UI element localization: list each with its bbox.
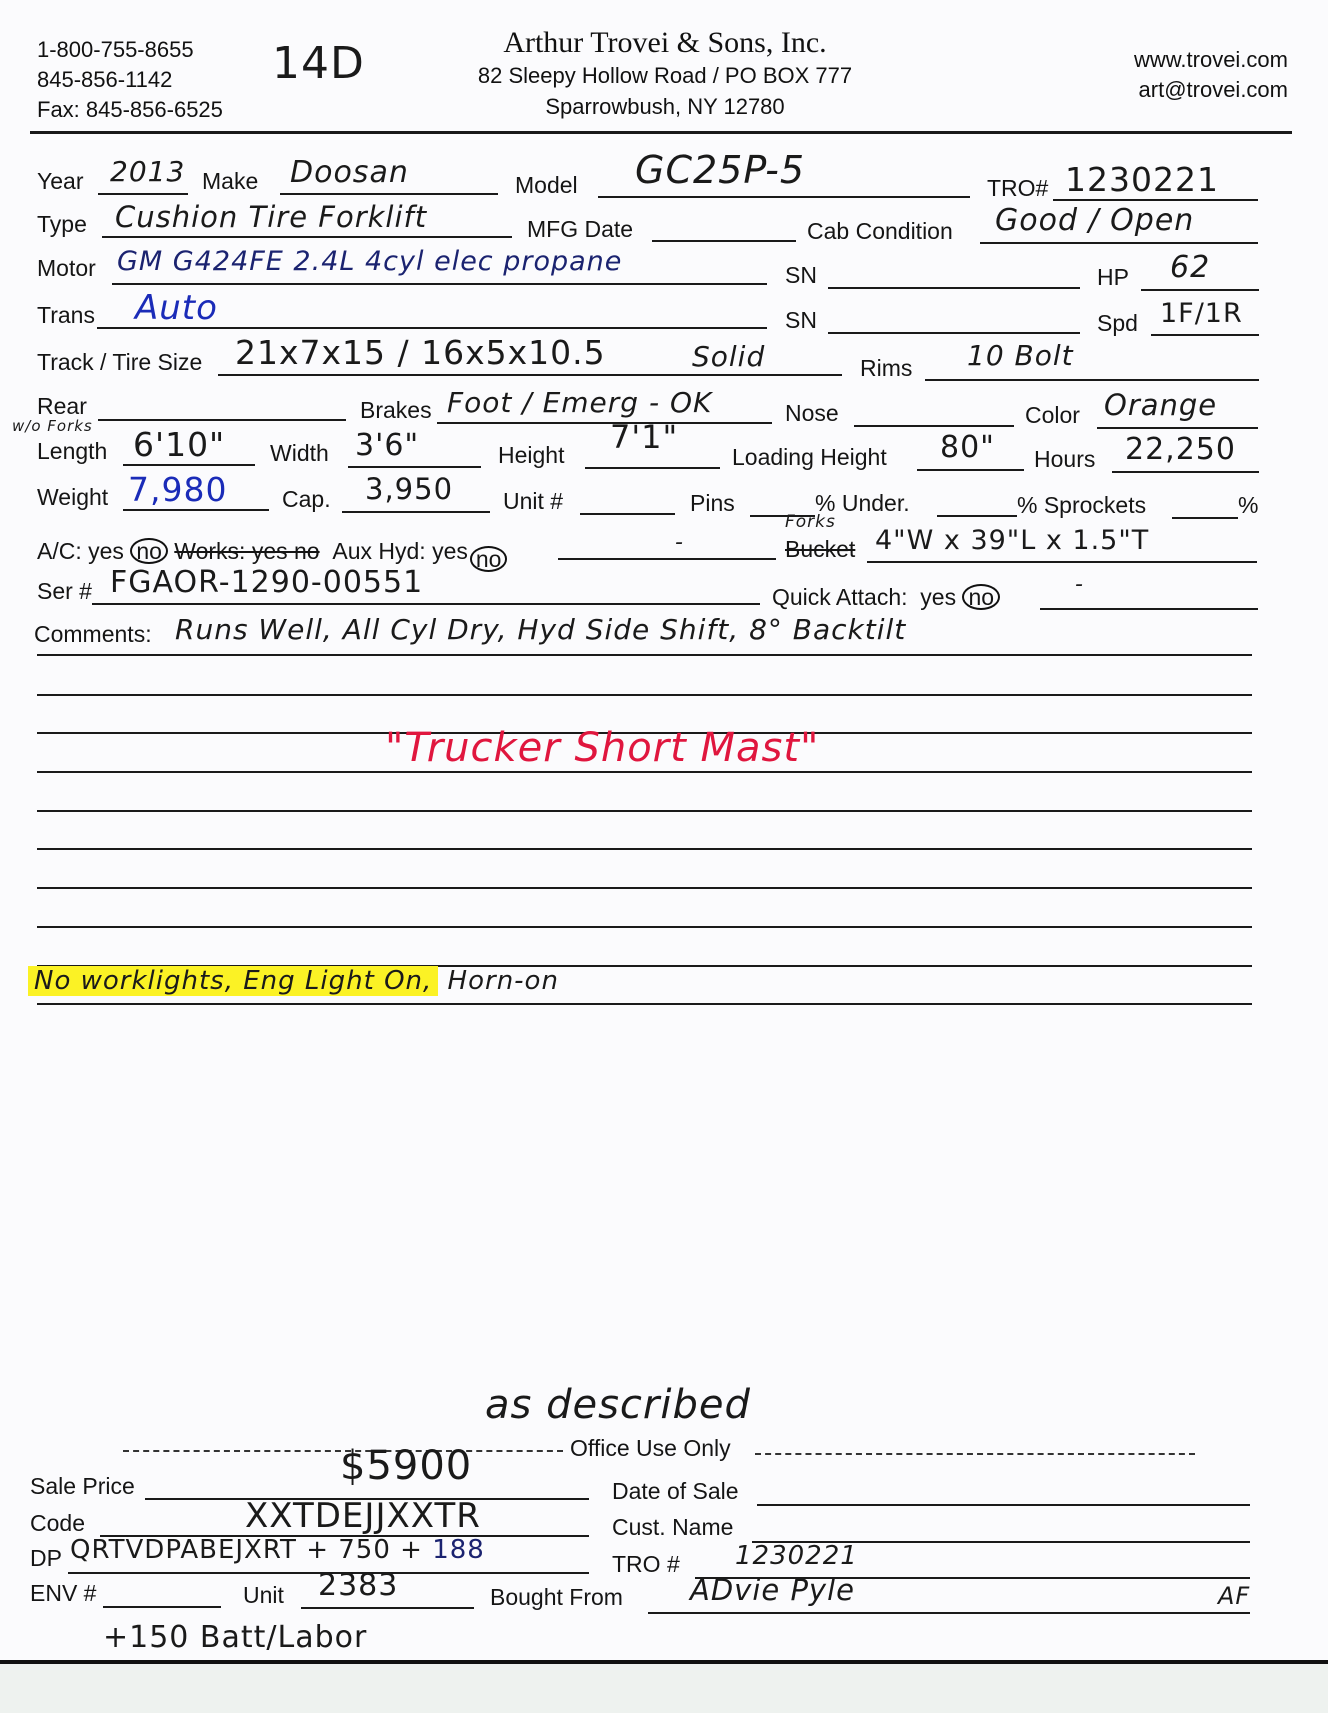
- field-trans[interactable]: Auto: [135, 288, 218, 328]
- env-line: [103, 1606, 221, 1608]
- rims-line: [925, 379, 1259, 381]
- email-link[interactable]: art@trovei.com: [1000, 75, 1288, 105]
- office-title: Office Use Only: [570, 1435, 731, 1462]
- unit-line: [580, 513, 675, 515]
- field-code[interactable]: XXTDEJJXXTR: [245, 1496, 481, 1536]
- weight-line: [123, 509, 269, 511]
- label-cap: Cap.: [282, 486, 331, 513]
- spd-line: [1151, 334, 1259, 336]
- field-quick-attach[interactable]: -: [1075, 572, 1084, 597]
- comment-tail-text: Horn-on: [448, 966, 559, 996]
- label-tro: TRO#: [987, 175, 1048, 202]
- label-comments: Comments:: [34, 621, 152, 648]
- field-hours[interactable]: 22,250: [1125, 432, 1236, 467]
- comment-rule-5: [37, 810, 1252, 812]
- motor-line: [112, 283, 767, 285]
- label-ac: A/C:: [37, 538, 82, 564]
- field-spd[interactable]: 1F/1R: [1160, 298, 1243, 329]
- label-office-tro: TRO #: [612, 1551, 680, 1578]
- label-dp: DP: [30, 1545, 62, 1572]
- address-line1: 82 Sleepy Hollow Road / PO BOX 777: [420, 60, 910, 91]
- model-line: [598, 196, 970, 198]
- label-mfg-date: MFG Date: [527, 216, 633, 243]
- label-type: Type: [37, 211, 87, 238]
- field-cab-condition[interactable]: Good / Open: [995, 203, 1194, 238]
- field-tro[interactable]: 1230221: [1065, 160, 1219, 199]
- field-weight[interactable]: 7,980: [128, 470, 227, 509]
- label-pins: Pins: [690, 490, 735, 517]
- cap-line: [342, 511, 490, 513]
- label-hp: HP: [1097, 264, 1129, 291]
- field-rims[interactable]: 10 Bolt: [967, 339, 1074, 372]
- under-line: [937, 515, 1017, 517]
- comment-rule-4: [37, 771, 1252, 773]
- comment-rule-2: [37, 694, 1252, 696]
- bucket-line: [867, 561, 1257, 563]
- field-height[interactable]: 7'1": [610, 418, 678, 456]
- brakes-line: [437, 422, 772, 424]
- phone-local: 845-856-1142: [37, 65, 223, 95]
- label-height: Height: [498, 442, 564, 469]
- cab-condition-line: [980, 242, 1258, 244]
- quick-attach-yes-option[interactable]: yes: [920, 584, 956, 610]
- length-line: [123, 464, 255, 466]
- label-cab-condition: Cab Condition: [807, 218, 953, 245]
- company-block: Arthur Trovei & Sons, Inc. 82 Sleepy Hol…: [420, 26, 910, 122]
- field-brakes[interactable]: Foot / Emerg - OK: [447, 386, 712, 419]
- office-unit-line: [301, 1607, 474, 1609]
- office-note: as described: [485, 1382, 751, 1428]
- quick-attach-no-option-selected[interactable]: no: [962, 584, 1000, 610]
- width-line: [348, 466, 481, 468]
- label-length: Length: [37, 438, 107, 465]
- comment-line-highlight[interactable]: No worklights, Eng Light On, Horn-on: [28, 966, 559, 996]
- aux-hyd-no-option-selected[interactable]: no: [470, 546, 508, 572]
- comment-line-1[interactable]: Runs Well, All Cyl Dry, Hyd Side Shift, …: [175, 613, 906, 646]
- label-year: Year: [37, 168, 83, 195]
- label-nose: Nose: [785, 400, 839, 427]
- field-width[interactable]: 3'6": [355, 428, 419, 463]
- quick-attach-group: Quick Attach: yes no: [772, 584, 1000, 611]
- bought-from-line: [648, 1612, 1250, 1614]
- label-width: Width: [270, 440, 329, 467]
- comment-rule-10: [37, 1003, 1252, 1005]
- label-loading-height: Loading Height: [732, 444, 887, 471]
- footer-note: +150 Batt/Labor: [103, 1620, 367, 1655]
- label-rear: Rear: [37, 393, 87, 420]
- label-spd: Spd: [1097, 310, 1138, 337]
- highlighted-text: No worklights, Eng Light On,: [28, 966, 438, 996]
- loading-height-line: [917, 469, 1024, 471]
- comment-rule-8: [37, 926, 1252, 928]
- fax: Fax: 845-856-6525: [37, 95, 223, 125]
- label-office-unit: Unit: [243, 1582, 284, 1609]
- field-motor[interactable]: GM G424FE 2.4L 4cyl elec propane: [117, 246, 622, 277]
- color-line: [1097, 427, 1258, 429]
- field-aux-hyd[interactable]: -: [675, 530, 684, 555]
- label-cust-name: Cust. Name: [612, 1514, 733, 1541]
- year-line: [98, 193, 188, 195]
- field-make[interactable]: Doosan: [290, 155, 409, 190]
- header-contact: 1-800-755-8655 845-856-1142 Fax: 845-856…: [37, 35, 223, 125]
- field-bucket[interactable]: 4"W x 39"L x 1.5"T: [875, 525, 1149, 556]
- field-dp[interactable]: QRTVDPABEJXRT + 750 + 188: [70, 1535, 485, 1565]
- field-office-unit[interactable]: 2383: [318, 1568, 398, 1603]
- label-quick-attach: Quick Attach:: [772, 584, 908, 610]
- field-ser[interactable]: FGAOR-1290-00551: [110, 565, 423, 600]
- label-works-struck: Works: yes no: [174, 538, 319, 564]
- company-name: Arthur Trovei & Sons, Inc.: [420, 26, 910, 60]
- label-rims: Rims: [860, 355, 912, 382]
- label-env: ENV #: [30, 1580, 96, 1607]
- handwritten-code: 14D: [272, 38, 365, 89]
- tire-size-line: [218, 374, 842, 376]
- trans-sn-line: [828, 332, 1080, 334]
- header-divider: [30, 131, 1292, 134]
- motor-sn-line: [828, 287, 1080, 289]
- initials: AF: [1218, 1582, 1250, 1610]
- field-sale-price[interactable]: $5900: [340, 1443, 472, 1489]
- hours-line: [1112, 471, 1259, 473]
- field-color[interactable]: Orange: [1104, 388, 1217, 422]
- label-brakes: Brakes: [360, 397, 432, 424]
- sprockets-line: [1172, 517, 1238, 519]
- field-tire-note[interactable]: Solid: [692, 340, 765, 373]
- bucket-replacement-note: Forks: [785, 512, 836, 532]
- website-link[interactable]: www.trovei.com: [1000, 45, 1288, 75]
- height-line: [585, 467, 720, 469]
- label-unit: Unit #: [503, 488, 563, 515]
- comment-rule-6: [37, 848, 1252, 850]
- field-model[interactable]: GC25P-5: [635, 148, 805, 192]
- web-contact: www.trovei.com art@trovei.com: [1000, 45, 1288, 105]
- label-hours: Hours: [1034, 446, 1095, 473]
- rear-line: [98, 419, 346, 421]
- label-sprockets-pct: %: [1238, 492, 1258, 519]
- date-of-sale-line: [757, 1504, 1250, 1506]
- label-motor-sn: SN: [785, 262, 817, 289]
- label-ser: Ser #: [37, 578, 92, 605]
- label-trans-sn: SN: [785, 307, 817, 334]
- field-hp[interactable]: 62: [1170, 250, 1210, 285]
- label-model: Model: [515, 172, 578, 199]
- comment-rule-1: [37, 654, 1252, 656]
- field-bought-from[interactable]: ADvie Pyle: [690, 1573, 855, 1607]
- ac-yes-option[interactable]: yes: [88, 538, 124, 564]
- dp-code: QRTVDPABEJXRT + 750 +: [70, 1535, 423, 1565]
- ac-group: A/C: yes no Works: yes no Aux Hyd: yesno: [37, 532, 507, 565]
- field-office-tro[interactable]: 1230221: [735, 1541, 858, 1571]
- quick-attach-line: [1040, 608, 1258, 610]
- office-divider-right: [755, 1453, 1195, 1455]
- label-sale-price: Sale Price: [30, 1473, 135, 1500]
- comment-red-note[interactable]: "Trucker Short Mast": [385, 725, 819, 771]
- label-trans: Trans: [37, 302, 95, 329]
- make-line: [280, 193, 498, 195]
- comment-rule-7: [37, 887, 1252, 889]
- aux-hyd-yes-option[interactable]: yes: [432, 538, 468, 564]
- dp-blue-amount: 188: [432, 1535, 485, 1565]
- label-bucket-struck: Bucket: [785, 536, 855, 563]
- field-type[interactable]: Cushion Tire Forklift: [115, 200, 427, 234]
- label-code: Code: [30, 1510, 85, 1537]
- field-length[interactable]: 6'10": [133, 425, 225, 464]
- label-make: Make: [202, 168, 258, 195]
- field-tire-size[interactable]: 21x7x15 / 16x5x10.5: [235, 333, 606, 372]
- scan-bottom-edge: [0, 1660, 1328, 1713]
- label-weight: Weight: [37, 484, 108, 511]
- field-cap[interactable]: 3,950: [365, 472, 453, 506]
- label-motor: Motor: [37, 255, 96, 282]
- phone-tollfree: 1-800-755-8655: [37, 35, 223, 65]
- mfg-date-line: [652, 240, 796, 242]
- label-tire-size: Track / Tire Size: [37, 349, 202, 376]
- length-note: w/o Forks: [12, 417, 93, 435]
- label-date-of-sale: Date of Sale: [612, 1478, 739, 1505]
- label-bought-from: Bought From: [490, 1584, 623, 1611]
- label-color: Color: [1025, 402, 1080, 429]
- label-aux-hyd: Aux Hyd:: [332, 538, 425, 564]
- type-line: [102, 236, 512, 238]
- field-year[interactable]: 2013: [110, 155, 185, 188]
- ac-no-option-selected[interactable]: no: [130, 538, 168, 564]
- aux-hyd-line: [558, 558, 776, 560]
- label-sprockets: % Sprockets: [1017, 492, 1146, 519]
- hp-line: [1141, 289, 1259, 291]
- address-line2: Sparrowbush, NY 12780: [420, 91, 910, 122]
- field-loading-height[interactable]: 80": [940, 430, 995, 465]
- tro-line: [1053, 199, 1258, 201]
- inventory-form-page: 1-800-755-8655 845-856-1142 Fax: 845-856…: [0, 0, 1328, 1660]
- nose-line: [854, 425, 1014, 427]
- ser-line: [92, 603, 760, 605]
